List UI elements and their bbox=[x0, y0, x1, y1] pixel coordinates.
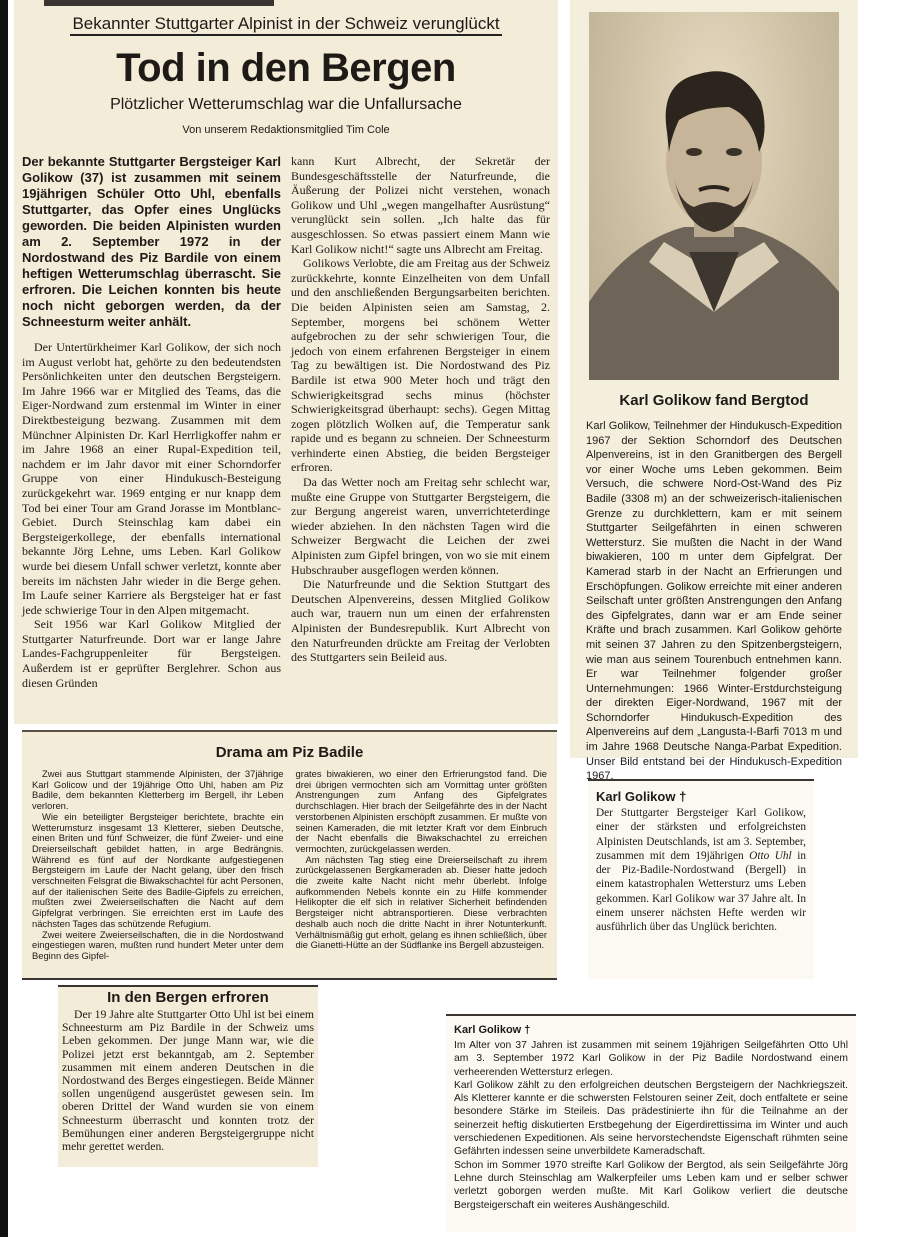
column-2: grates biwakieren, wo einer den Erfrieru… bbox=[296, 769, 548, 962]
paragraph: Schon im Sommer 1970 streifte Karl Golik… bbox=[454, 1159, 848, 1212]
article-title: In den Bergen erfroren bbox=[62, 989, 314, 1006]
article-columns: Zwei aus Stuttgart stammende Alpinisten,… bbox=[32, 769, 547, 962]
lead-paragraph: Der bekannte Stuttgarter Bergsteiger Kar… bbox=[22, 154, 281, 330]
paragraph: Zwei aus Stuttgart stammende Alpinisten,… bbox=[32, 769, 284, 812]
obituary-body: Der Stuttgarter Bergsteiger Karl Golikow… bbox=[596, 806, 806, 935]
article-body: Der 19 Jahre alte Stuttgarter Otto Uhl i… bbox=[62, 1008, 314, 1153]
headline: Tod in den Bergen bbox=[22, 48, 550, 88]
paragraph: grates biwakieren, wo einer den Erfrieru… bbox=[296, 769, 548, 855]
paragraph: Karl Golikow zählt zu den erfolgreichen … bbox=[454, 1079, 848, 1159]
subheadline: Plötzlicher Wetterumschlag war die Unfal… bbox=[22, 96, 550, 114]
paragraph: Golikows Verlobte, die am Freitag aus de… bbox=[291, 256, 550, 475]
paragraph: Da das Wetter noch am Freitag sehr schle… bbox=[291, 475, 550, 577]
paragraph: Seit 1956 war Karl Golikow Mitglied der … bbox=[22, 617, 281, 690]
paragraph: Der Untertürkheimer Karl Golikow, der si… bbox=[22, 340, 281, 617]
paragraph: Am nächsten Tag stieg eine Dreierseilsch… bbox=[296, 855, 548, 951]
clipping-obituary-short: Karl Golikow † Der Stuttgarter Bergsteig… bbox=[588, 779, 814, 979]
article-title: Drama am Piz Badile bbox=[32, 744, 547, 761]
obituary-title: Karl Golikow † bbox=[454, 1024, 848, 1036]
clipping-obituary-long: Karl Golikow † Im Alter von 37 Jahren is… bbox=[446, 1014, 856, 1232]
scan-edge bbox=[0, 0, 8, 1237]
clipping-drama-am-piz-badile: Drama am Piz Badile Zwei aus Stuttgart s… bbox=[22, 730, 557, 980]
article-columns: Der bekannte Stuttgarter Bergsteiger Kar… bbox=[22, 154, 550, 690]
italic-name: Otto Uhl bbox=[749, 850, 792, 862]
portrait-photo bbox=[589, 12, 839, 380]
byline: Von unserem Redaktionsmitglied Tim Cole bbox=[22, 124, 550, 136]
kicker: Bekannter Stuttgarter Alpinist in der Sc… bbox=[22, 14, 550, 34]
obituary-title: Karl Golikow † bbox=[596, 789, 806, 804]
paragraph: Die Naturfreunde und die Sektion Stuttga… bbox=[291, 577, 550, 665]
article-title: Karl Golikow fand Bergtod bbox=[580, 392, 848, 409]
torn-top-fragment bbox=[44, 0, 274, 6]
clipping-in-den-bergen-erfroren: In den Bergen erfroren Der 19 Jahre alte… bbox=[58, 985, 318, 1167]
clipping-tod-in-den-bergen: Bekannter Stuttgarter Alpinist in der Sc… bbox=[14, 0, 558, 724]
portrait-illustration-icon bbox=[589, 12, 839, 380]
column-2: kann Kurt Albrecht, der Sekretär der Bun… bbox=[291, 154, 550, 690]
paragraph: Wie ein beteiligter Bergsteiger berichte… bbox=[32, 812, 284, 930]
paragraph: Im Alter von 37 Jahren ist zusammen mit … bbox=[454, 1039, 848, 1079]
paragraph: kann Kurt Albrecht, der Sekretär der Bun… bbox=[291, 154, 550, 256]
article-body: Karl Golikow, Teilnehmer der Hindukusch-… bbox=[586, 419, 842, 784]
paragraph: Zwei weitere Zweierseilschaften, die in … bbox=[32, 930, 284, 962]
column-1: Zwei aus Stuttgart stammende Alpinisten,… bbox=[32, 769, 284, 962]
clipping-fand-bergtod: Karl Golikow fand Bergtod Karl Golikow, … bbox=[570, 0, 858, 758]
column-1: Der bekannte Stuttgarter Bergsteiger Kar… bbox=[22, 154, 281, 690]
